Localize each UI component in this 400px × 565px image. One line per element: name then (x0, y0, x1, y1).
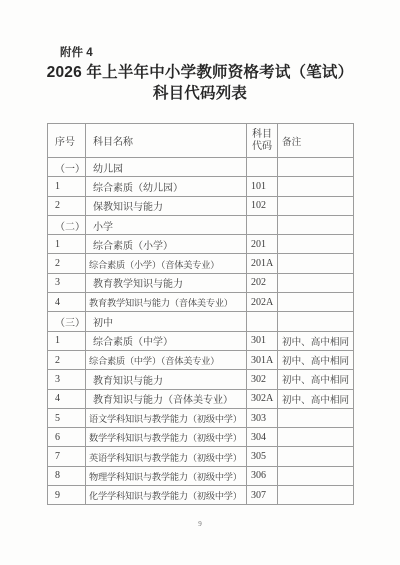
row-remarks: 初中、高中相同 (278, 331, 354, 350)
attachment-label: 附件 4 (60, 44, 93, 60)
row-remarks (278, 428, 354, 447)
row-serial-number: 2 (48, 350, 86, 369)
table-row: 9化学学科知识与教学能力（初级中学）307 (48, 486, 354, 505)
table-row: 2保教知识与能力102 (48, 196, 354, 215)
row-serial-number: （三） (48, 312, 86, 331)
document-page: 附件 4 2026 年上半年中小学教师资格考试（笔试） 科目代码列表 序号 科目… (0, 0, 400, 565)
table-row: 1综合素质（幼儿园）101 (48, 177, 354, 196)
row-subject-code: 303 (247, 408, 278, 427)
table-row: 2综合素质（小学）（音体美专业）201A (48, 254, 354, 273)
title-line-1: 2026 年上半年中小学教师资格考试（笔试） (0, 62, 400, 83)
row-remarks (278, 254, 354, 273)
table-row: 4教育知识与能力（音体美专业）302A初中、高中相同 (48, 389, 354, 408)
row-subject-code: 301A (247, 350, 278, 369)
row-subject-name: 教育教学知识与能力 (86, 273, 247, 292)
table-row: 5语文学科知识与教学能力（初级中学）303 (48, 408, 354, 427)
table-row: 2综合素质（中学）（音体美专业）301A初中、高中相同 (48, 350, 354, 369)
row-subject-code: 201A (247, 254, 278, 273)
row-subject-name: 小学 (86, 215, 247, 234)
row-subject-code: 304 (247, 428, 278, 447)
table-row: 1综合素质（中学）301初中、高中相同 (48, 331, 354, 350)
row-serial-number: 3 (48, 370, 86, 389)
header-subject-code-line2: 代码 (252, 141, 272, 152)
row-remarks (278, 486, 354, 505)
row-serial-number: 5 (48, 408, 86, 427)
section-row: （一）幼儿园 (48, 158, 354, 177)
row-subject-name: 物理学科知识与教学能力（初级中学） (86, 466, 247, 485)
row-serial-number: 1 (48, 331, 86, 350)
row-remarks (278, 215, 354, 234)
row-remarks (278, 158, 354, 177)
row-serial-number: 3 (48, 273, 86, 292)
table-row: 4教育教学知识与能力（音体美专业）202A (48, 293, 354, 312)
table-header-row: 序号 科目名称 科目 代码 备注 (48, 124, 354, 158)
row-subject-name: 教育教学知识与能力（音体美专业） (86, 293, 247, 312)
table-row: 3教育知识与能力302初中、高中相同 (48, 370, 354, 389)
section-row: （二）小学 (48, 215, 354, 234)
row-serial-number: 1 (48, 177, 86, 196)
row-subject-name: 数学学科知识与教学能力（初级中学） (86, 428, 247, 447)
row-subject-code (247, 215, 278, 234)
table-row: 1综合素质（小学）201 (48, 235, 354, 254)
table-row: 6数学学科知识与教学能力（初级中学）304 (48, 428, 354, 447)
row-serial-number: 7 (48, 447, 86, 466)
row-serial-number: 2 (48, 196, 86, 215)
document-title: 2026 年上半年中小学教师资格考试（笔试） 科目代码列表 (0, 62, 400, 104)
row-remarks (278, 408, 354, 427)
row-subject-code: 102 (247, 196, 278, 215)
row-remarks (278, 196, 354, 215)
row-serial-number: 4 (48, 389, 86, 408)
row-subject-code: 201 (247, 235, 278, 254)
row-subject-code: 101 (247, 177, 278, 196)
row-remarks (278, 312, 354, 331)
row-serial-number: 9 (48, 486, 86, 505)
row-remarks: 初中、高中相同 (278, 389, 354, 408)
row-subject-name: 教育知识与能力（音体美专业） (86, 389, 247, 408)
row-subject-code: 301 (247, 331, 278, 350)
row-remarks (278, 177, 354, 196)
row-serial-number: （一） (48, 158, 86, 177)
header-subject-code-line1: 科目 (252, 129, 272, 140)
title-line-2: 科目代码列表 (0, 83, 400, 104)
row-serial-number: 6 (48, 428, 86, 447)
row-subject-name: 保教知识与能力 (86, 196, 247, 215)
row-subject-name: 幼儿园 (86, 158, 247, 177)
row-subject-code: 305 (247, 447, 278, 466)
row-subject-code: 302 (247, 370, 278, 389)
table-body: （一）幼儿园1综合素质（幼儿园）1012保教知识与能力102（二）小学1综合素质… (48, 158, 354, 505)
row-subject-name: 综合素质（幼儿园） (86, 177, 247, 196)
row-subject-name: 教育知识与能力 (86, 370, 247, 389)
row-remarks (278, 273, 354, 292)
table-row: 3教育教学知识与能力202 (48, 273, 354, 292)
section-row: （三）初中 (48, 312, 354, 331)
table-row: 8物理学科知识与教学能力（初级中学）306 (48, 466, 354, 485)
header-subject-code: 科目 代码 (247, 124, 278, 158)
row-remarks: 初中、高中相同 (278, 350, 354, 369)
row-serial-number: 8 (48, 466, 86, 485)
row-subject-code: 307 (247, 486, 278, 505)
row-subject-code: 306 (247, 466, 278, 485)
row-subject-code: 202A (247, 293, 278, 312)
row-subject-name: 初中 (86, 312, 247, 331)
row-serial-number: 1 (48, 235, 86, 254)
row-subject-name: 英语学科知识与教学能力（初级中学） (86, 447, 247, 466)
header-remarks: 备注 (278, 124, 354, 158)
row-subject-code: 202 (247, 273, 278, 292)
row-serial-number: （二） (48, 215, 86, 234)
row-subject-name: 综合素质（中学）（音体美专业） (86, 350, 247, 369)
table-row: 7英语学科知识与教学能力（初级中学）305 (48, 447, 354, 466)
page-number: 9 (0, 520, 400, 528)
row-subject-name: 语文学科知识与教学能力（初级中学） (86, 408, 247, 427)
header-subject-name: 科目名称 (86, 124, 247, 158)
row-subject-code (247, 312, 278, 331)
row-subject-code (247, 158, 278, 177)
header-serial-number: 序号 (48, 124, 86, 158)
row-remarks (278, 466, 354, 485)
row-subject-name: 综合素质（小学） (86, 235, 247, 254)
row-subject-name: 化学学科知识与教学能力（初级中学） (86, 486, 247, 505)
row-remarks (278, 447, 354, 466)
row-subject-code: 302A (247, 389, 278, 408)
row-remarks (278, 293, 354, 312)
row-serial-number: 2 (48, 254, 86, 273)
row-subject-name: 综合素质（中学） (86, 331, 247, 350)
row-subject-name: 综合素质（小学）（音体美专业） (86, 254, 247, 273)
row-remarks (278, 235, 354, 254)
row-remarks: 初中、高中相同 (278, 370, 354, 389)
row-serial-number: 4 (48, 293, 86, 312)
subject-code-table: 序号 科目名称 科目 代码 备注 （一）幼儿园1综合素质（幼儿园）1012保教知… (47, 123, 354, 505)
